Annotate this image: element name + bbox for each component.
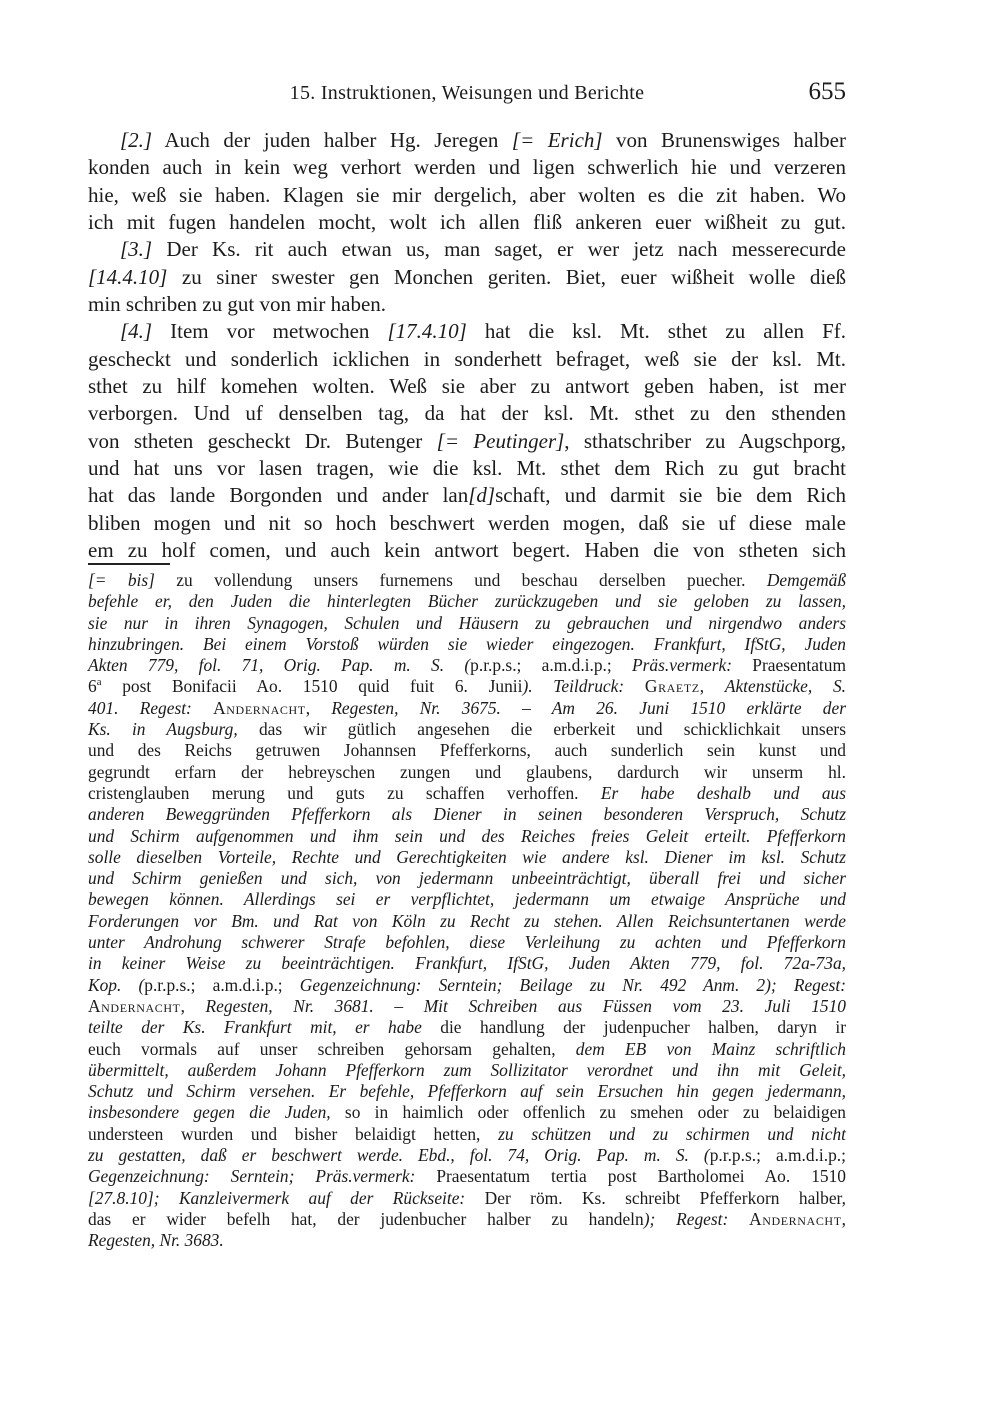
smallcaps-segment: Andernacht — [213, 698, 306, 718]
text-segment: hat die ksl. Mt. sthet zu allen Ff. — [467, 319, 846, 343]
footnote-text-line: [= bis] zu vollendung unsers furnemens u… — [88, 570, 846, 591]
body-text-line: [2.] Auch der juden halber Hg. Jeregen [… — [88, 127, 846, 154]
page-number: 655 — [809, 78, 847, 106]
italic-segment: [17.4.10] — [387, 319, 466, 343]
italic-segment: teilte der Ks. Frankfurt mit, er habe — [88, 1017, 422, 1037]
text-segment: von Brunenswiges halber — [603, 128, 846, 152]
italic-segment: Regesten, Nr. 3683. — [88, 1230, 224, 1250]
text-segment: schaft, und darmit sie bie dem Rich — [495, 483, 846, 507]
body-text-line: von stheten gescheckt Dr. Butenger [= Pe… — [88, 428, 846, 455]
text-segment: das er wider befelh hat, der judenbucher… — [88, 1209, 644, 1229]
italic-segment: Regesten, Nr. 3681. – Mit Schreiben aus … — [206, 996, 846, 1016]
body-text-line: [4.] Item vor metwochen [17.4.10] hat di… — [88, 318, 846, 345]
italic-segment: Kop. ( — [88, 975, 144, 995]
text-segment: hat das lande Borgonden und ander lan — [88, 483, 468, 507]
text-segment: und des Reichs getruwen Johannsen Pfeffe… — [88, 740, 846, 760]
italic-segment: [= Erich] — [512, 128, 603, 152]
italic-segment: [= Peutinger] — [437, 429, 565, 453]
italic-segment: Gegenzeichnung: Serntein; Beilage zu Nr.… — [300, 975, 846, 995]
italic-segment: [3.] — [120, 237, 152, 261]
italic-segment: Akten 779, fol. 71, Orig. Pap. m. S. ( — [88, 655, 470, 675]
text-segment: Auch der juden halber Hg. Jeregen — [152, 128, 512, 152]
italic-segment: bewegen können. Allerdings sei er verpfl… — [88, 889, 846, 909]
italic-segment: [4.] — [120, 319, 152, 343]
italic-segment: [= bis] — [88, 570, 155, 590]
italic-segment: ); Regest: — [644, 1209, 729, 1229]
footnote-text-line: 6a post Bonifacii Ao. 1510 quid fuit 6. … — [88, 676, 846, 697]
text-segment: zu siner swester gen Monchen geriten. Bi… — [167, 265, 846, 289]
italic-segment: und Schirm aufgenommen und ihm sein und … — [88, 826, 846, 846]
footnote-text-line: solle dieselben Vorteile, Rechte und Ger… — [88, 847, 846, 868]
italic-segment: in keiner Weise zu beeinträchtigen. Fran… — [88, 953, 846, 973]
footnote-text-line: Regesten, Nr. 3683. — [88, 1230, 846, 1251]
footnote-text-line: Ks. in Augsburg, das wir gütlich angeseh… — [88, 719, 846, 740]
footnote-text-line: sie nur in ihren Synagogen, Schulen und … — [88, 613, 846, 634]
body-text-line: und hat uns vor lasen tragen, wie die ks… — [88, 455, 846, 482]
footnote-text-line: hinzubringen. Bei einem Vorstoß würden s… — [88, 634, 846, 655]
text-segment: understeen wurden und bisher belaidigt h… — [88, 1124, 498, 1144]
text-segment: Der Ks. rit auch etwan us, man saget, er… — [152, 237, 846, 261]
text-segment: gescheckt und sonderlich icklichen in so… — [88, 347, 846, 371]
footnote-text-line: insbesondere gegen die Juden, so in haim… — [88, 1102, 846, 1123]
text-segment — [624, 676, 645, 696]
text-segment: p.r.p.s.; a.m.d.i.p.; — [710, 1145, 846, 1165]
body-text-line: ich mit fugen handelen mocht, wolt ich a… — [88, 209, 846, 236]
text-segment: konden auch in kein weg verhort werden u… — [88, 155, 846, 179]
text-segment: Der röm. Ks. schreibt Pfefferkorn halber… — [465, 1188, 846, 1208]
text-segment: post Bonifacii Ao. 1510 quid fuit 6. Jun… — [101, 676, 522, 696]
italic-segment: und Schirm genießen und sich, von jederm… — [88, 868, 846, 888]
footnote-text-line: teilte der Ks. Frankfurt mit, er habe di… — [88, 1017, 846, 1038]
footnote-text-line: Kop. (p.r.p.s.; a.m.d.i.p.; Gegenzeichnu… — [88, 975, 846, 996]
italic-segment: [27.8.10]; Kanzleivermerk auf der Rückse… — [88, 1188, 465, 1208]
italic-segment: befehle er, den Juden die hinterlegten B… — [88, 591, 846, 611]
body-text-line: hie, weß sie haben. Klagen sie mir derge… — [88, 182, 846, 209]
footnote-text-line: cristenglauben merung und guts zu schaff… — [88, 783, 846, 804]
text-segment — [192, 698, 213, 718]
italic-segment: Ks. in Augsburg, — [88, 719, 238, 739]
text-segment: das wir gütlich angesehen die erberkeit … — [238, 719, 846, 739]
italic-segment: ). Teildruck: — [522, 676, 624, 696]
italic-segment: zu gestatten, daß er beschwert werde. Eb… — [88, 1145, 710, 1165]
footnote-text-line: Schutz und Schirm versehen. Er befehle, … — [88, 1081, 846, 1102]
italic-segment: solle dieselben Vorteile, Rechte und Ger… — [88, 847, 846, 867]
footnote-text-line: Forderungen vor Bm. und Rat von Köln zu … — [88, 911, 846, 932]
footnote-text-line: Akten 779, fol. 71, Orig. Pap. m. S. (p.… — [88, 655, 846, 676]
body-text-line: em zu holf comen, und auch kein antwort … — [88, 537, 846, 564]
italic-segment: 401. Regest: — [88, 698, 192, 718]
text-segment: , — [700, 676, 725, 696]
italic-segment: [d] — [468, 483, 495, 507]
italic-segment: hinzubringen. Bei einem Vorstoß würden s… — [88, 634, 846, 654]
italic-segment: Demgemäß — [767, 570, 846, 590]
smallcaps-segment: Graetz — [645, 676, 700, 696]
italic-segment: [14.4.10] — [88, 265, 167, 289]
text-segment: p.r.p.s.; a.m.d.i.p.; — [470, 655, 632, 675]
main-text-block: [2.] Auch der juden halber Hg. Jeregen [… — [88, 127, 846, 565]
smallcaps-segment: Andernacht — [88, 996, 181, 1016]
italic-segment: anderen Beweggründen Pfefferkorn als Die… — [88, 804, 846, 824]
italic-segment: Präs.vermerk: — [632, 655, 732, 675]
footnote-text-line: Andernacht, Regesten, Nr. 3681. – Mit Sc… — [88, 996, 846, 1017]
body-text-line: hat das lande Borgonden und ander lan[d]… — [88, 482, 846, 509]
body-text-line: gescheckt und sonderlich icklichen in so… — [88, 346, 846, 373]
footnote-text-line: und des Reichs getruwen Johannsen Pfeffe… — [88, 740, 846, 761]
text-segment: cristenglauben merung und guts zu schaff… — [88, 783, 601, 803]
page-header: 15. Instruktionen, Weisungen und Bericht… — [88, 78, 846, 108]
text-segment: sthet zu hilf komehen wolten. Weß sie ab… — [88, 374, 846, 398]
italic-segment: sie nur in ihren Synagogen, Schulen und … — [88, 613, 846, 633]
text-segment: Item vor metwochen — [152, 319, 387, 343]
text-segment: so in haimlich oder offenlich zu smehen … — [331, 1102, 846, 1122]
footnote-text-line: in keiner Weise zu beeinträchtigen. Fran… — [88, 953, 846, 974]
italic-segment: zu schützen und zu schirmen und nicht — [498, 1124, 846, 1144]
italic-segment: Gegenzeichnung: Serntein; Präs.vermerk: — [88, 1166, 415, 1186]
body-text-line: [3.] Der Ks. rit auch etwan us, man sage… — [88, 236, 846, 263]
italic-segment: dem EB von Mainz schriftlich — [576, 1039, 846, 1059]
footnote-text-line: zu gestatten, daß er beschwert werde. Eb… — [88, 1145, 846, 1166]
footnote-text-line: anderen Beweggründen Pfefferkorn als Die… — [88, 804, 846, 825]
body-text-line: min schriben zu gut von mir haben. — [88, 291, 846, 318]
italic-segment: Schutz und Schirm versehen. Er befehle, … — [88, 1081, 846, 1101]
text-segment: zu vollendung unsers furnemens und besch… — [155, 570, 767, 590]
italic-segment: Aktenstücke, S. — [725, 676, 846, 696]
text-segment: , — [842, 1209, 846, 1229]
italic-segment: [2.] — [120, 128, 152, 152]
text-segment: bliben mogen und nit so hoch beschwert w… — [88, 511, 846, 535]
text-segment: 6 — [88, 676, 97, 696]
text-segment: von stheten gescheckt Dr. Butenger — [88, 429, 437, 453]
text-segment: ich mit fugen handelen mocht, wolt ich a… — [88, 210, 846, 234]
footnote-separator-rule — [88, 563, 170, 565]
footnote-text-line: [27.8.10]; Kanzleivermerk auf der Rückse… — [88, 1188, 846, 1209]
body-text-line: verborgen. Und uf denselben tag, da hat … — [88, 400, 846, 427]
footnote-text-line: das er wider befelh hat, der judenbucher… — [88, 1209, 846, 1230]
italic-segment: insbesondere gegen die Juden, — [88, 1102, 331, 1122]
footnote-text-line: 401. Regest: Andernacht, Regesten, Nr. 3… — [88, 698, 846, 719]
text-segment: verborgen. Und uf denselben tag, da hat … — [88, 401, 846, 425]
text-segment: die handlung der judenpucher halben, dar… — [422, 1017, 846, 1037]
footnote-text-line: und Schirm genießen und sich, von jederm… — [88, 868, 846, 889]
footnote-text-line: übermittelt, außerdem Johann Pfefferkorn… — [88, 1060, 846, 1081]
footnote-text-line: Gegenzeichnung: Serntein; Präs.vermerk: … — [88, 1166, 846, 1187]
running-head: 15. Instruktionen, Weisungen und Bericht… — [88, 82, 846, 105]
text-segment: , — [181, 996, 206, 1016]
italic-segment: Er habe deshalb und aus — [601, 783, 846, 803]
footnote-text-line: und Schirm aufgenommen und ihm sein und … — [88, 826, 846, 847]
text-segment: em zu holf comen, und auch kein antwort … — [88, 538, 846, 562]
footnote-text-line: befehle er, den Juden die hinterlegten B… — [88, 591, 846, 612]
italic-segment: übermittelt, außerdem Johann Pfefferkorn… — [88, 1060, 846, 1080]
text-segment: Praesentatum tertia post Bartholomei Ao.… — [415, 1166, 846, 1186]
italic-segment: unter Androhung schwerer Strafe befohlen… — [88, 932, 846, 952]
body-text-line: sthet zu hilf komehen wolten. Weß sie ab… — [88, 373, 846, 400]
text-segment: , sthatschriber zu Augschporg, — [564, 429, 846, 453]
smallcaps-segment: Andernacht — [749, 1209, 842, 1229]
footnote-text-line: unter Androhung schwerer Strafe befohlen… — [88, 932, 846, 953]
body-text-line: konden auch in kein weg verhort werden u… — [88, 154, 846, 181]
text-segment: p.r.p.s.; a.m.d.i.p.; — [144, 975, 300, 995]
body-text-line: [14.4.10] zu siner swester gen Monchen g… — [88, 264, 846, 291]
body-text-line: bliben mogen und nit so hoch beschwert w… — [88, 510, 846, 537]
text-segment: gegrundt erfarn der hebreyschen zungen u… — [88, 762, 846, 782]
italic-segment: Regesten, Nr. 3675. – Am 26. Juni 1510 e… — [331, 698, 846, 718]
footnote-block: [= bis] zu vollendung unsers furnemens u… — [88, 570, 846, 1252]
text-segment: Praesentatum — [732, 655, 846, 675]
text-segment: euch vormals auf unser schreiben gehorsa… — [88, 1039, 576, 1059]
footnote-text-line: euch vormals auf unser schreiben gehorsa… — [88, 1039, 846, 1060]
text-segment — [728, 1209, 749, 1229]
italic-segment: Forderungen vor Bm. und Rat von Köln zu … — [88, 911, 846, 931]
text-segment: min schriben zu gut von mir haben. — [88, 292, 386, 316]
footnote-text-line: understeen wurden und bisher belaidigt h… — [88, 1124, 846, 1145]
text-segment: hie, weß sie haben. Klagen sie mir derge… — [88, 183, 846, 207]
text-segment: und hat uns vor lasen tragen, wie die ks… — [88, 456, 846, 480]
footnote-text-line: bewegen können. Allerdings sei er verpfl… — [88, 889, 846, 910]
footnote-text-line: gegrundt erfarn der hebreyschen zungen u… — [88, 762, 846, 783]
text-segment: , — [306, 698, 332, 718]
